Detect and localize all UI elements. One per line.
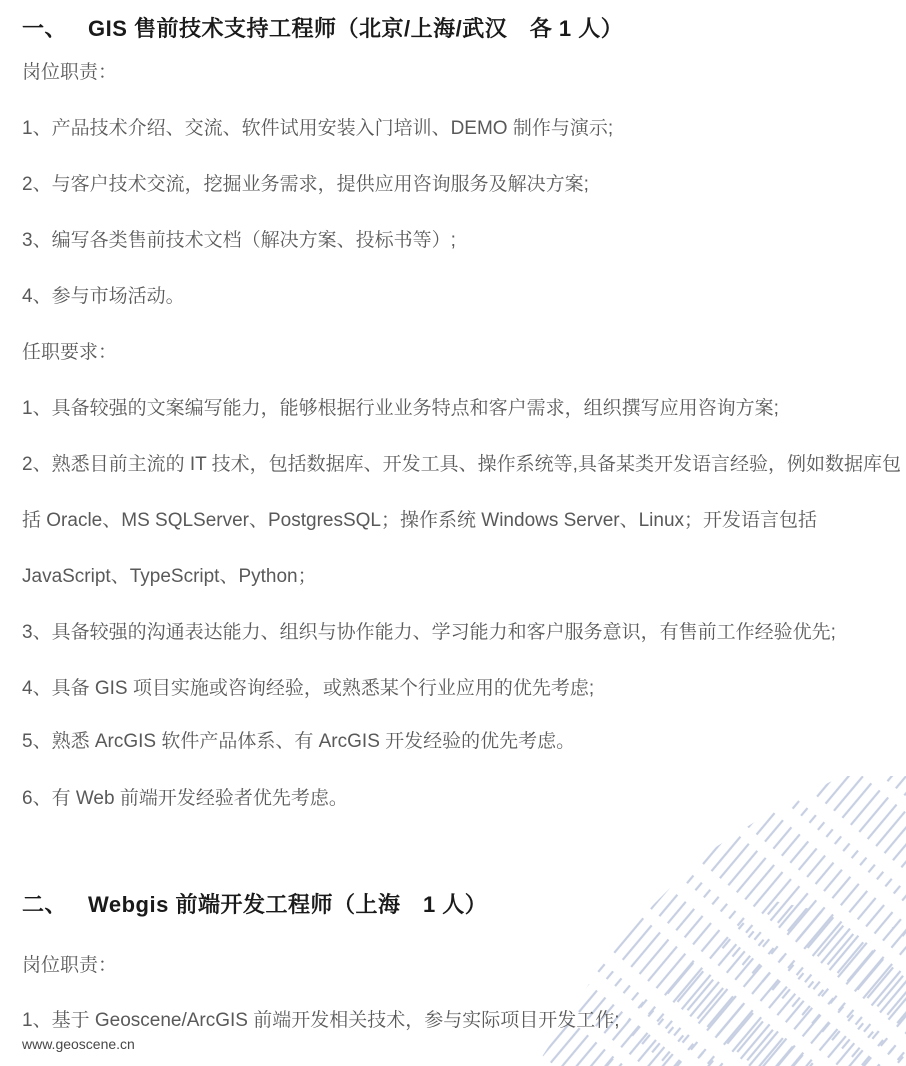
job-posting-page: 一、GIS 售前技术支持工程师（北京/上海/武汉 各 1 人） 岗位职责： 1、… (0, 0, 906, 1066)
section-1-requirement-5: 5、熟悉 ArcGIS 软件产品体系、有 ArcGIS 开发经验的优先考虑。 (22, 729, 575, 755)
section-2-numeral: 二、 (22, 889, 88, 921)
section-1-duty-2: 2、与客户技术交流，挖掘业务需求，提供应用咨询服务及解决方案; (22, 172, 589, 198)
section-2-duties-label: 岗位职责： (22, 953, 117, 979)
section-2-title: Webgis 前端开发工程师（上海 1 人） (88, 892, 487, 917)
section-1-duty-3: 3、编写各类售前技术文档（解决方案、投标书等）; (22, 228, 456, 254)
section-1-requirement-4: 4、具备 GIS 项目实施或咨询经验，或熟悉某个行业应用的优先考虑; (22, 676, 594, 702)
section-1-duty-1: 1、产品技术介绍、交流、软件试用安装入门培训、DEMO 制作与演示; (22, 116, 613, 142)
section-1-requirement-2: 2、熟悉目前主流的 IT 技术，包括数据库、开发工具、操作系统等,具备某类开发语… (22, 452, 901, 478)
section-1-requirement-2-cont-1: 括 Oracle、MS SQLServer、PostgresSQL；操作系统 W… (22, 508, 817, 534)
section-1-requirements-label: 任职要求： (22, 340, 117, 366)
section-1-numeral: 一、 (22, 13, 88, 45)
section-1-heading: 一、GIS 售前技术支持工程师（北京/上海/武汉 各 1 人） (22, 13, 623, 45)
section-1-requirement-1: 1、具备较强的文案编写能力，能够根据行业业务特点和客户需求，组织撰写应用咨询方案… (22, 396, 779, 422)
section-1-requirement-6: 6、有 Web 前端开发经验者优先考虑。 (22, 786, 348, 812)
footer-url: www.geoscene.cn (22, 1035, 135, 1053)
section-1-requirement-2-cont-2: JavaScript、TypeScript、Python； (22, 564, 317, 590)
section-1-duties-label: 岗位职责： (22, 60, 117, 86)
section-1-duty-4: 4、参与市场活动。 (22, 284, 185, 310)
section-1-title: GIS 售前技术支持工程师（北京/上海/武汉 各 1 人） (88, 16, 623, 41)
section-2-duty-1: 1、基于 Geoscene/ArcGIS 前端开发相关技术，参与实际项目开发工作… (22, 1008, 620, 1034)
section-2-heading: 二、Webgis 前端开发工程师（上海 1 人） (22, 889, 487, 921)
section-1-requirement-3: 3、具备较强的沟通表达能力、组织与协作能力、学习能力和客户服务意识，有售前工作经… (22, 620, 836, 646)
